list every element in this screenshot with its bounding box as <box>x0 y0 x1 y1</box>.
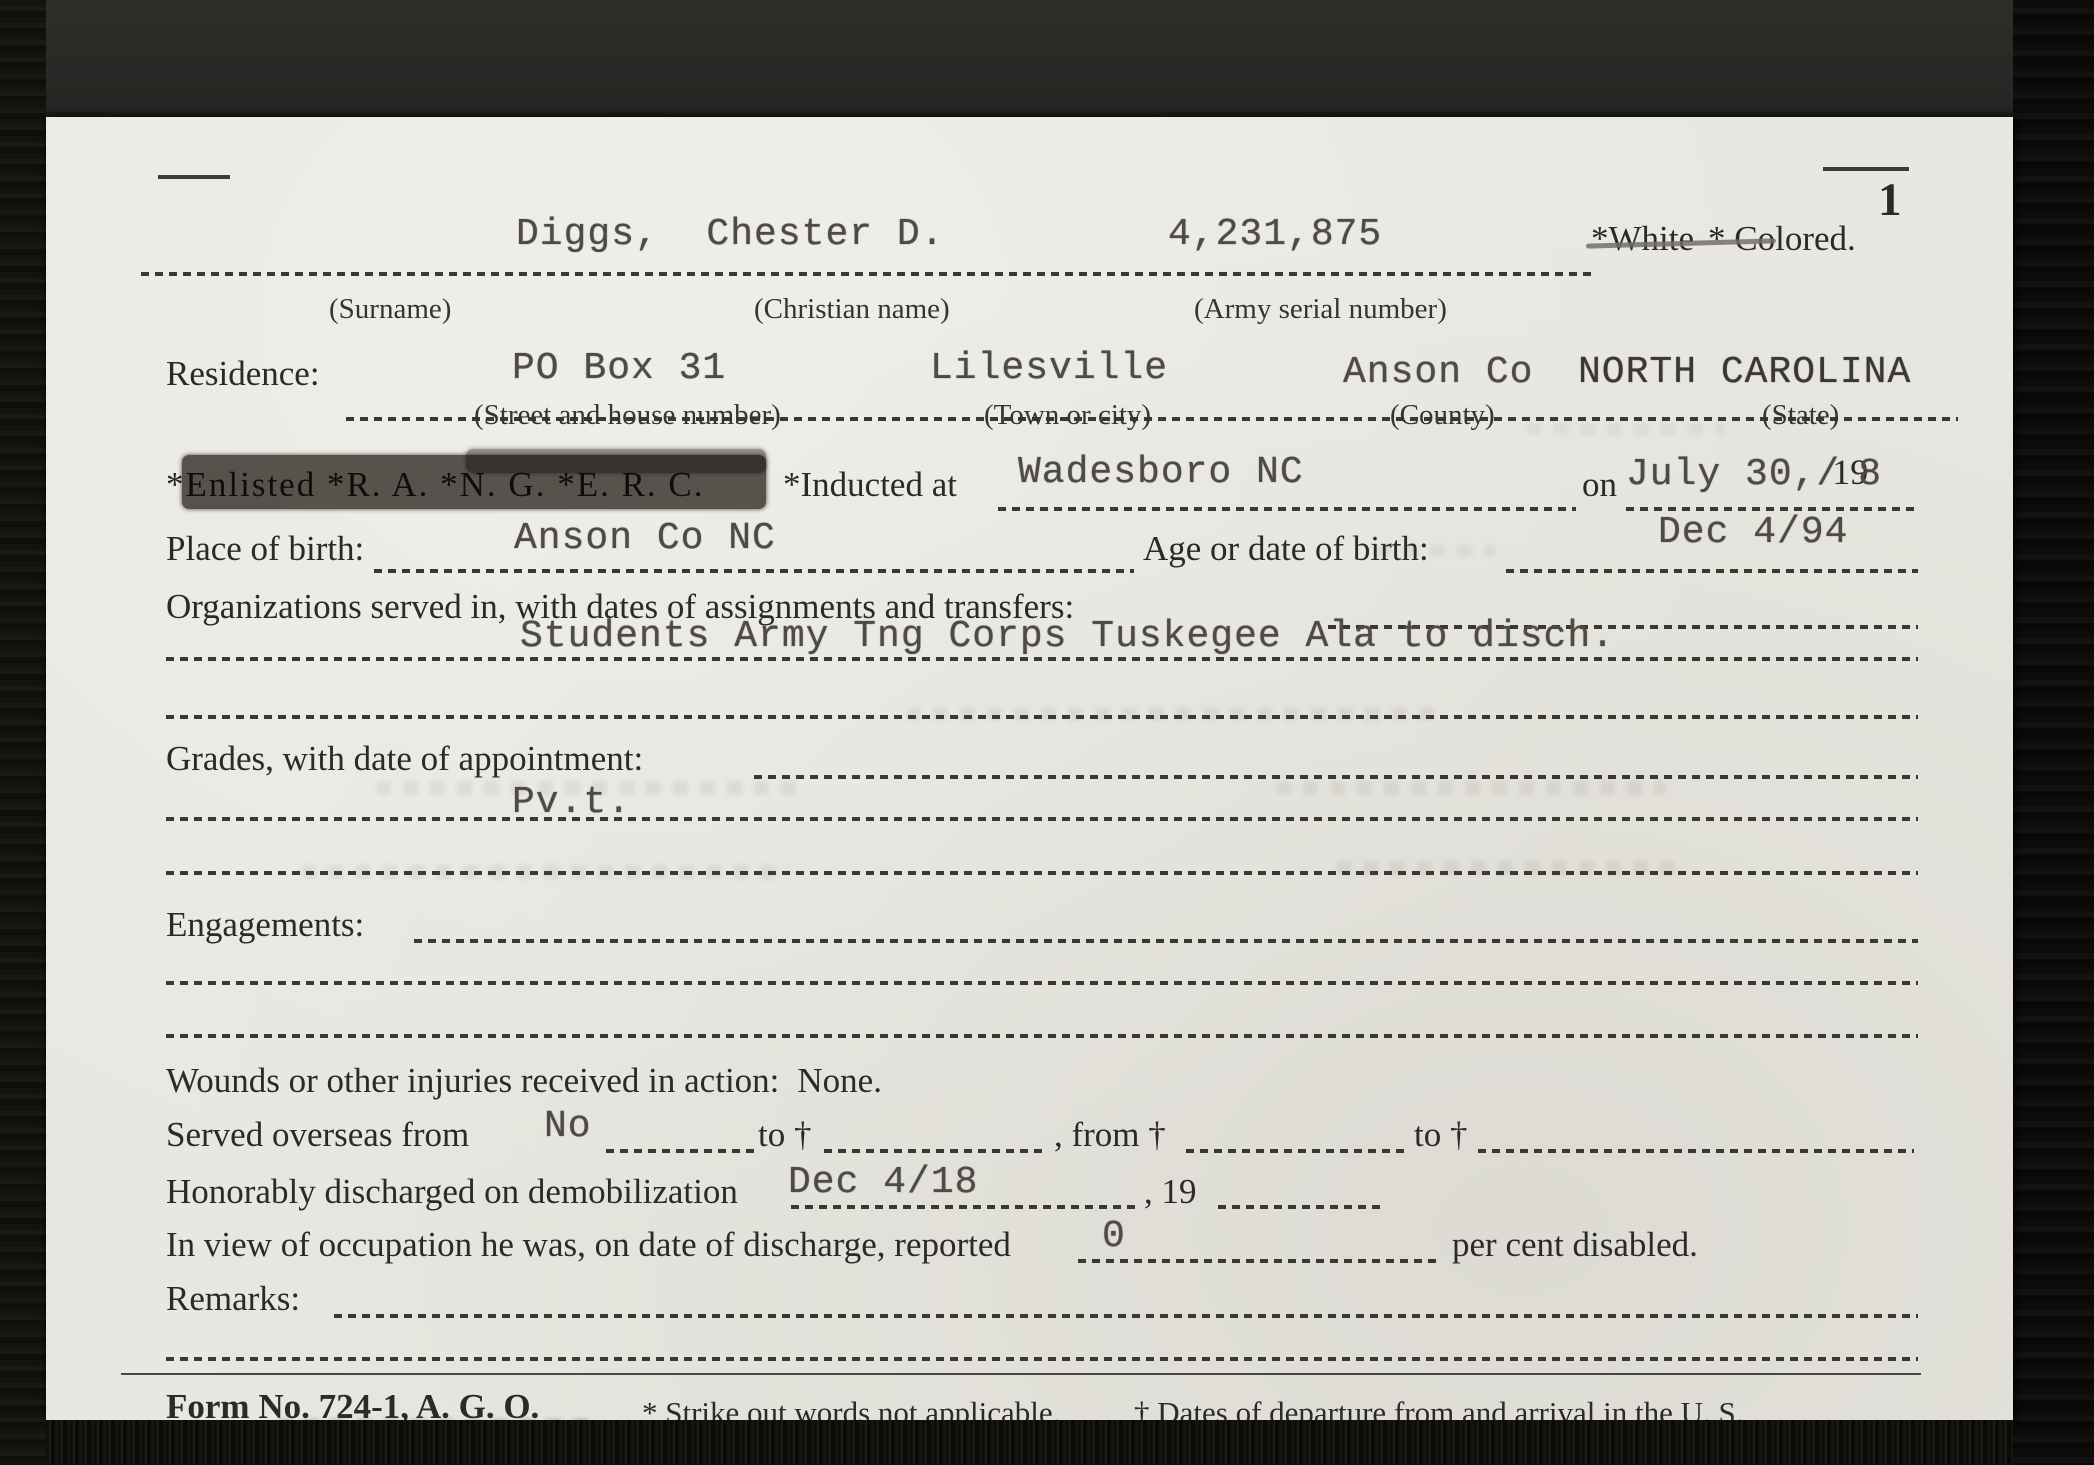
dotted-line <box>998 507 1576 511</box>
typed-overseas-no: No <box>544 1105 592 1148</box>
dotted-line <box>166 981 1918 985</box>
disability-label: In view of occupation he was, on date of… <box>166 1225 1011 1265</box>
race-colored: * Colored. <box>1708 219 1856 258</box>
overseas-to1: to † <box>758 1115 811 1155</box>
typed-county: Anson Co <box>1343 351 1533 394</box>
label-christian-name: (Christian name) <box>754 293 950 326</box>
dotted-line <box>141 272 1591 276</box>
typed-date-of-birth: Dec 4/94 <box>1658 511 1848 554</box>
overseas-to2: to † <box>1414 1115 1467 1155</box>
remarks-label: Remarks: <box>166 1279 300 1319</box>
overseas-from2: , from † <box>1054 1115 1166 1155</box>
typed-induction-date: July 30,/198 <box>1626 451 1882 496</box>
label-street: (Street and house number) <box>474 399 781 432</box>
typed-disability-percent: 0 <box>1102 1215 1126 1258</box>
typed-street: PO Box 31 <box>512 347 726 390</box>
wounds-value: None. <box>797 1061 882 1100</box>
scan-edge-right <box>2013 0 2094 1465</box>
dotted-line <box>334 1314 1918 1318</box>
typed-town: Lilesville <box>930 347 1168 390</box>
label-town: (Town or city) <box>984 399 1151 432</box>
inducted-at-label: *Inducted at <box>783 465 957 505</box>
on-label: on <box>1582 465 1617 505</box>
dotted-line <box>374 569 1134 573</box>
scan-edge-bottom <box>46 1420 2013 1465</box>
redaction-scribble <box>466 449 766 473</box>
bleed-through-smudge <box>1276 781 1666 795</box>
bleed-through-smudge <box>301 865 791 879</box>
typed-discharge-date: Dec 4/18 <box>788 1161 978 1204</box>
bleed-through-smudge <box>1526 423 1726 435</box>
bleed-through-smudge <box>1336 861 1676 875</box>
overseas-label: Served overseas from <box>166 1115 469 1155</box>
race-white: *White <box>1591 219 1694 258</box>
typed-date-suffix: 8 <box>1858 453 1882 496</box>
place-of-birth-label: Place of birth: <box>166 529 364 569</box>
discharge-year-label: , 19 <box>1144 1172 1197 1212</box>
dotted-line <box>824 1149 1046 1153</box>
dotted-line <box>166 1357 1918 1361</box>
label-state: (State) <box>1762 399 1839 432</box>
dotted-line <box>606 1149 754 1153</box>
wounds-line: Wounds or other injuries received in act… <box>166 1061 882 1101</box>
dotted-line <box>1506 569 1918 573</box>
typed-date-part: July 30,/ <box>1626 453 1840 496</box>
discharge-label: Honorably discharged on demobilization <box>166 1172 738 1212</box>
dotted-line <box>414 939 1918 943</box>
label-army-serial-number: (Army serial number) <box>1194 293 1447 326</box>
wounds-label: Wounds or other injuries received in act… <box>166 1061 779 1100</box>
dotted-line <box>166 817 1918 821</box>
label-county: (County) <box>1390 399 1495 432</box>
scan-edge-top <box>46 0 2013 117</box>
dotted-line <box>166 657 1918 661</box>
typed-state: NORTH CAROLINA <box>1578 351 1911 394</box>
grades-label: Grades, with date of appointment: <box>166 739 643 779</box>
scanned-service-record: 1 Diggs, Chester D. 4,231,875 *White* Co… <box>0 0 2094 1465</box>
bleed-through-smudge <box>1376 545 1496 557</box>
dotted-line <box>1186 1149 1406 1153</box>
service-record-card: 1 Diggs, Chester D. 4,231,875 *White* Co… <box>46 117 2013 1425</box>
page-number-overline <box>1823 167 1909 171</box>
dotted-line <box>1078 1259 1438 1263</box>
typed-organizations: Students Army Tng Corps Tuskegee Ala to … <box>520 615 1615 658</box>
bleed-through-smudge <box>906 707 1446 721</box>
dotted-line <box>754 775 1918 779</box>
engagements-label: Engagements: <box>166 905 364 945</box>
dotted-line <box>1218 1205 1386 1209</box>
dotted-line <box>791 1205 1136 1209</box>
typed-induction-place: Wadesboro NC <box>1018 451 1304 494</box>
rule-line <box>121 1373 1921 1375</box>
pen-dash-mark <box>158 175 230 179</box>
typed-place-of-birth: Anson Co NC <box>514 517 776 560</box>
typed-name: Diggs, Chester D. <box>516 213 944 256</box>
dotted-line <box>166 1034 1918 1038</box>
residence-label: Residence: <box>166 354 320 394</box>
page-number: 1 <box>1878 173 1902 227</box>
label-surname: (Surname) <box>329 293 451 326</box>
dotted-line <box>1478 1149 1914 1153</box>
scan-edge-left <box>0 0 46 1465</box>
typed-serial-number: 4,231,875 <box>1168 213 1382 256</box>
disability-suffix: per cent disabled. <box>1452 1225 1698 1265</box>
bleed-through-smudge <box>376 781 806 795</box>
